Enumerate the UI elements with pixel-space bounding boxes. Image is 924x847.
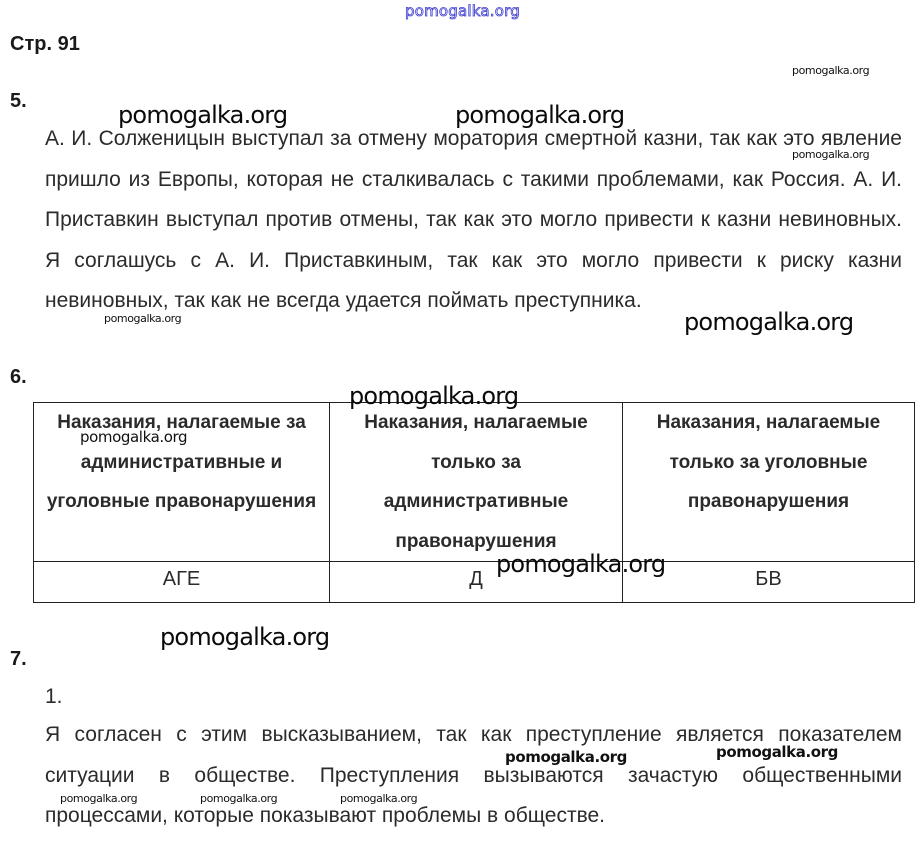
task-6-number: 6. (10, 366, 27, 389)
page-title: Стр. 91 (10, 33, 80, 56)
watermark: pomogalka.org (455, 101, 624, 129)
header-criminal: Наказания, налагаемые только за уголовны… (623, 403, 915, 562)
value-criminal: БВ (623, 562, 915, 603)
table-row: АГЕ Д БВ (34, 562, 915, 603)
watermark: pomogalka.org (792, 64, 869, 77)
task-7-number: 7. (10, 648, 27, 671)
watermark: pomogalka.org (60, 792, 137, 805)
watermark: pomogalka.org (160, 623, 329, 651)
watermark: pomogalka.org (792, 148, 869, 161)
watermark: pomogalka.org (340, 792, 417, 805)
task-7-sub-number: 1. (45, 677, 63, 718)
task-5-text: А. И. Солженицын выступал за отмену мора… (45, 119, 902, 322)
header-both: Наказания, налагаемые за административны… (34, 403, 330, 562)
watermark: pomogalka.org (716, 743, 838, 761)
value-both: АГЕ (34, 562, 330, 603)
watermark: pomogalka.org (104, 312, 181, 325)
watermark: pomogalka.org (118, 101, 287, 129)
watermark: pomogalka.org (505, 748, 627, 766)
watermark: pomogalka.org (200, 792, 277, 805)
watermark: pomogalka.org (80, 428, 187, 446)
task-5-number: 5. (10, 90, 27, 113)
watermark: pomogalka.org (684, 308, 853, 336)
watermark: pomogalka.org (349, 382, 518, 410)
watermark: pomogalka.org (496, 550, 665, 578)
table-header-row: Наказания, налагаемые за административны… (34, 403, 915, 562)
site-header-link[interactable]: pomogalka.org (405, 2, 520, 20)
task-7-text: Я согласен с этим высказыванием, так как… (45, 715, 902, 837)
header-administrative: Наказания, налагаемые только за админист… (330, 403, 623, 562)
